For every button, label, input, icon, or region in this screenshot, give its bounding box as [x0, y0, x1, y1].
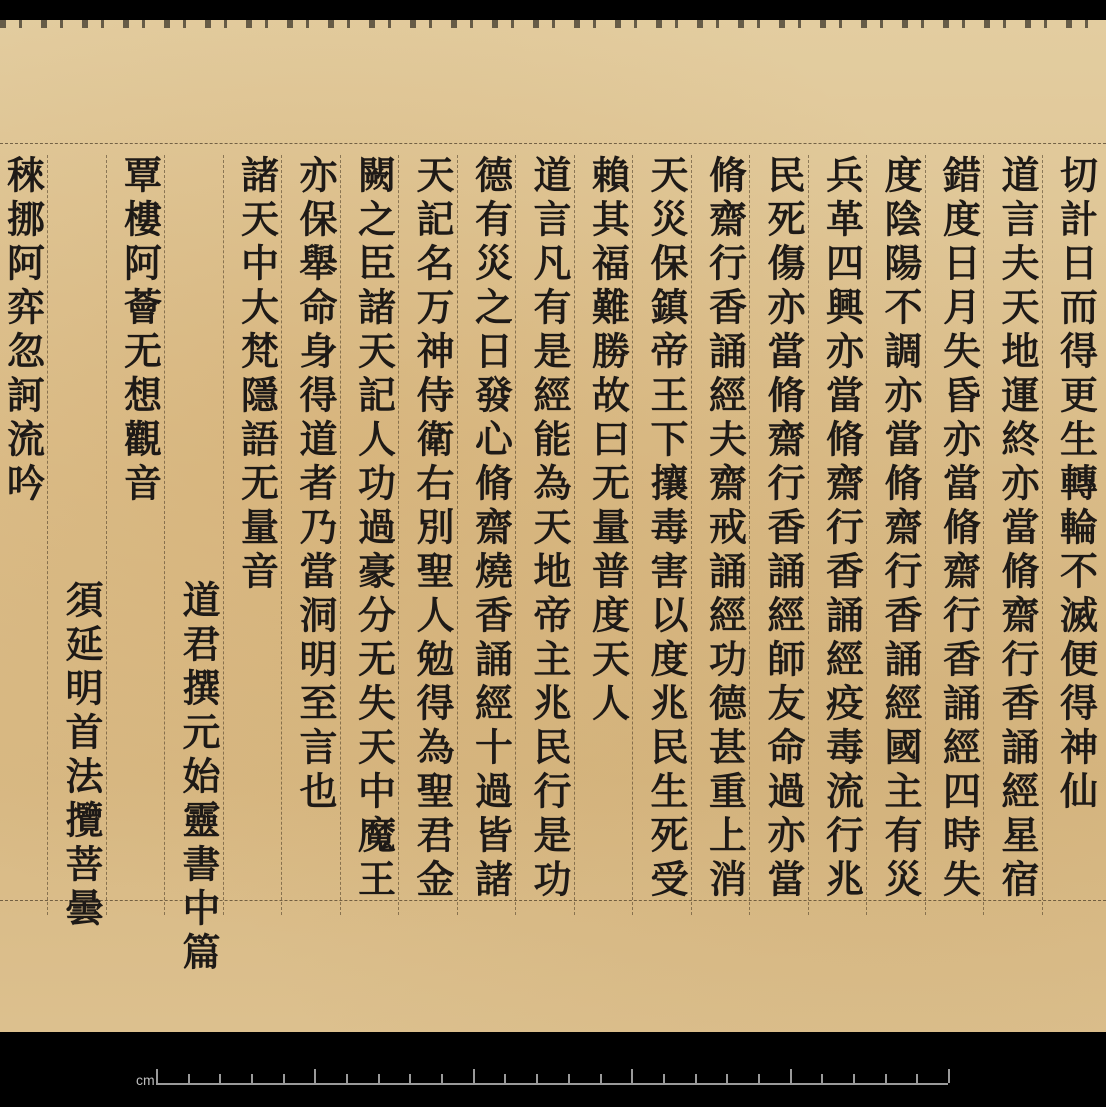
manuscript-scroll: 切計日而得更生轉輪不滅便得神仙道言夫天地運終亦當脩齋行香誦經星宿錯度日月失昏亦當…	[0, 20, 1106, 1032]
centimeter-scale-bar: cm	[130, 1066, 960, 1096]
scale-major-tick	[314, 1069, 316, 1083]
column-text: 亦保舉命身得道者乃當洞明至言也	[286, 155, 344, 815]
scale-minor-tick	[885, 1074, 887, 1083]
scale-minor-tick	[441, 1074, 443, 1083]
text-column: 覃樓阿薈无想觀音	[106, 155, 165, 915]
scale-minor-tick	[536, 1074, 538, 1083]
scale-minor-tick	[758, 1074, 760, 1083]
scale-minor-tick	[695, 1074, 697, 1083]
text-column: 諸天中大梵隱語无量音	[223, 155, 282, 915]
scale-major-tick	[948, 1069, 950, 1083]
scale-major-tick	[473, 1069, 475, 1083]
text-column: 亦保舉命身得道者乃當洞明至言也	[281, 155, 340, 915]
scale-minor-tick	[504, 1074, 506, 1083]
text-column: 闕之臣諸天記人功過豪分无失天中魔王	[340, 155, 399, 915]
text-column: 賴其福難勝故曰无量普度天人	[574, 155, 633, 915]
column-text: 道言夫天地運終亦當脩齋行香誦經星宿	[988, 155, 1046, 903]
scale-major-tick	[156, 1069, 158, 1083]
text-column: 道言凡有是經能為天地帝主兆民行是功	[515, 155, 574, 915]
column-text: 天災保鎮帝王下攘毒害以度兆民生死受	[637, 155, 695, 903]
top-margin-rule	[0, 143, 1106, 144]
column-text: 道言凡有是經能為天地帝主兆民行是功	[520, 155, 578, 903]
column-text: 覃樓阿薈无想觀音	[111, 155, 169, 507]
text-column: 道言夫天地運終亦當脩齋行香誦經星宿	[983, 155, 1042, 915]
text-column: 德有災之日發心脩齋燒香誦經十過皆諸	[457, 155, 516, 915]
text-column: 民死傷亦當脩齋行香誦經師友命過亦當	[749, 155, 808, 915]
scale-minor-tick	[188, 1074, 190, 1083]
scale-minor-tick	[726, 1074, 728, 1083]
scale-minor-tick	[378, 1074, 380, 1083]
column-text: 諸天中大梵隱語无量音	[228, 155, 286, 595]
scale-minor-tick	[409, 1074, 411, 1083]
column-text: 道君撰元始靈書中篇	[169, 580, 227, 976]
text-column: 䅘挪阿弈忽訶流吟	[0, 155, 48, 915]
text-column: 度陰陽不調亦當脩齋行香誦經國主有災	[866, 155, 925, 915]
scale-minor-tick	[600, 1074, 602, 1083]
scale-minor-tick	[568, 1074, 570, 1083]
text-column: 脩齋行香誦經夫齋戒誦經功德甚重上消	[691, 155, 750, 915]
column-text: 度陰陽不調亦當脩齋行香誦經國主有災	[871, 155, 929, 903]
text-column: 須延明首法攬菩曇	[47, 155, 106, 915]
text-column: 兵革四興亦當脩齋行香誦經疫毒流行兆	[808, 155, 867, 915]
column-text: 須延明首法攬菩曇	[52, 580, 110, 932]
column-text: 切計日而得更生轉輪不滅便得神仙	[1047, 155, 1105, 815]
text-column: 道君撰元始靈書中篇	[164, 155, 223, 915]
column-text: 民死傷亦當脩齋行香誦經師友命過亦當	[754, 155, 812, 903]
text-column: 天災保鎮帝王下攘毒害以度兆民生死受	[632, 155, 691, 915]
scale-minor-tick	[346, 1074, 348, 1083]
scale-major-tick	[790, 1069, 792, 1083]
scale-minor-tick	[251, 1074, 253, 1083]
scale-major-tick	[631, 1069, 633, 1083]
text-column: 錯度日月失昏亦當脩齋行香誦經四時失	[925, 155, 984, 915]
column-text: 天記名万神侍衛右別聖人勉得為聖君金	[403, 155, 461, 903]
scale-minor-tick	[283, 1074, 285, 1083]
scale-unit-label: cm	[136, 1072, 155, 1088]
text-column: 天記名万神侍衛右別聖人勉得為聖君金	[398, 155, 457, 915]
column-text: 䅘挪阿弈忽訶流吟	[0, 155, 52, 507]
column-text: 賴其福難勝故曰无量普度天人	[579, 155, 637, 727]
scale-minor-tick	[916, 1074, 918, 1083]
scale-minor-tick	[663, 1074, 665, 1083]
column-text: 闕之臣諸天記人功過豪分无失天中魔王	[345, 155, 403, 903]
text-column: 切計日而得更生轉輪不滅便得神仙	[1042, 155, 1101, 915]
text-columns: 切計日而得更生轉輪不滅便得神仙道言夫天地運終亦當脩齋行香誦經星宿錯度日月失昏亦當…	[0, 155, 1106, 915]
scale-minor-tick	[853, 1074, 855, 1083]
column-text: 德有災之日發心脩齋燒香誦經十過皆諸	[462, 155, 520, 903]
scale-minor-tick	[219, 1074, 221, 1083]
column-text: 脩齋行香誦經夫齋戒誦經功德甚重上消	[696, 155, 754, 903]
column-text: 錯度日月失昏亦當脩齋行香誦經四時失	[930, 155, 988, 903]
scale-minor-tick	[821, 1074, 823, 1083]
column-text: 兵革四興亦當脩齋行香誦經疫毒流行兆	[813, 155, 871, 903]
scale-ruler	[156, 1083, 948, 1085]
